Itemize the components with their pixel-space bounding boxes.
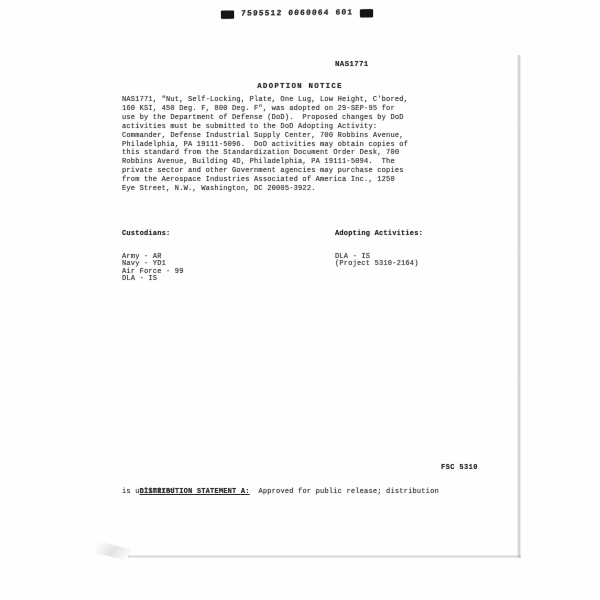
page-edge-shadow-right bbox=[517, 55, 521, 558]
scanned-document-page: 7595512 0060064 601 NAS1771 ADOPTION NOT… bbox=[0, 0, 600, 600]
custodians-block: Custodians: Army - ARNavy - YD1Air Force… bbox=[122, 216, 184, 299]
body-text-line: NAS1771, "Nut, Self-Locking, Plate, One … bbox=[122, 96, 408, 105]
body-text-line: Commander, Defense Industrial Supply Cen… bbox=[122, 132, 408, 141]
adopting-activity-item: (Project 5310-2164) bbox=[335, 261, 423, 269]
page-edge-shadow-bottom bbox=[128, 555, 521, 558]
adopting-activities-list: DLA - IS(Project 5310-2164) bbox=[335, 254, 423, 269]
body-text-line: Robbins Avenue, Building 4D, Philadelphi… bbox=[122, 158, 408, 167]
fiche-right-mark-icon bbox=[360, 9, 373, 17]
adopting-activities-block: Adopting Activities: DLA - IS(Project 53… bbox=[335, 216, 423, 284]
adopting-activities-heading: Adopting Activities: bbox=[335, 231, 423, 239]
adoption-notice-body: NAS1771, "Nut, Self-Locking, Plate, One … bbox=[122, 96, 408, 194]
body-text-line: from the Aerospace Industries Associated… bbox=[122, 176, 408, 185]
fiche-left-mark-icon bbox=[221, 10, 234, 18]
custodian-item: DLA - IS bbox=[122, 276, 184, 284]
body-text-line: 160 KSI, 450 Deg. F, 800 Deg. F", was ad… bbox=[122, 105, 408, 114]
body-text-line: private sector and other Government agen… bbox=[122, 167, 408, 176]
page-edge-smudge bbox=[95, 541, 131, 561]
body-text-line: this standard from the Standardization D… bbox=[122, 149, 408, 158]
distribution-statement-line2: is unlimited. bbox=[122, 488, 179, 497]
fsc-code: FSC 5310 bbox=[441, 464, 478, 473]
document-number: NAS1771 bbox=[335, 61, 369, 70]
distribution-statement-text: Approved for public release; distributio… bbox=[250, 488, 439, 496]
custodians-heading: Custodians: bbox=[122, 231, 184, 239]
document-title: ADOPTION NOTICE bbox=[0, 83, 600, 92]
custodians-list: Army - ARNavy - YD1Air Force - 99DLA - I… bbox=[122, 254, 184, 284]
fiche-code-row: 7595512 0060064 601 bbox=[221, 8, 373, 19]
body-text-line: use by the Department of Defense (DoD). … bbox=[122, 114, 408, 123]
fiche-code-text: 7595512 0060064 601 bbox=[241, 8, 354, 18]
body-text-line: Eye Street, N.W., Washington, DC 20005-3… bbox=[122, 185, 408, 194]
body-text-line: activities must be submitted to the DoD … bbox=[122, 123, 408, 132]
